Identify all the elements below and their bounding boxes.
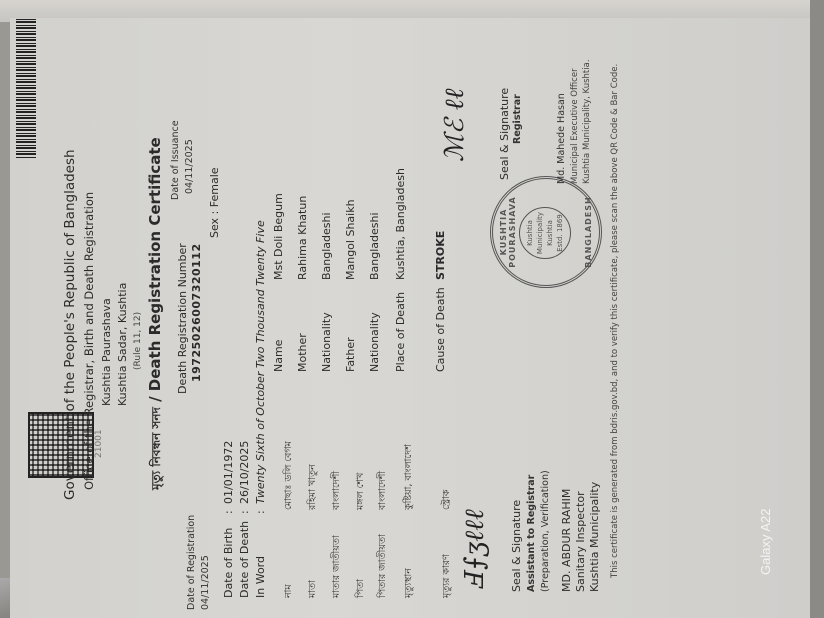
registrar-org: Kushtia Municipality, Kushtia.: [582, 59, 592, 184]
dob-value: 01/01/1972: [222, 441, 235, 504]
en-value-mother: Rahima Khatun: [296, 196, 309, 280]
office-heading: Office of the Registrar, Birth and Death…: [82, 192, 96, 490]
title-english: Death Registration Certificate: [146, 137, 164, 391]
colon: :: [238, 510, 251, 514]
municipality-seal-stamp: KUSHTIA POURASHAVA Kushtia Municipality …: [490, 176, 602, 288]
registrar-role: Registrar: [512, 94, 523, 144]
assistant-name: MD. ABDUR RAHIM: [560, 489, 573, 592]
en-label-mother: Mother: [296, 333, 309, 372]
registration-number-value: 19725026007320112: [190, 243, 203, 382]
title-separator: /: [146, 391, 164, 407]
date-of-issuance-value: 04/11/2025: [184, 139, 195, 194]
en-label-mother-nationality: Nationality: [320, 312, 333, 372]
bn-label-father: পিতা: [354, 579, 369, 598]
en-label-father: Father: [344, 337, 357, 372]
bn-value-place-of-death: কুষ্টিয়া, বাংলাদেশ: [402, 444, 417, 510]
registrar-seal-label: Seal & Signature: [498, 88, 511, 180]
colon: :: [254, 510, 267, 514]
en-label-name: Name: [272, 340, 285, 372]
verification-footer: This certificate is generated from bdris…: [610, 64, 620, 578]
bn-label-mother: মাতা: [306, 580, 321, 598]
bn-value-cause-of-death: স্ট্রোক: [440, 490, 455, 510]
bn-label-cause-of-death: মৃত্যুর কারণ: [440, 554, 455, 598]
stamp-line1: Kushtia Municipality: [525, 208, 545, 258]
in-word-value: Twenty Sixth of October Two Thousand Twe…: [254, 220, 267, 504]
stamp-center: Kushtia Municipality Kushtia Estd. 1869: [519, 207, 571, 259]
assistant-role-note: (Preparation, Verification): [540, 470, 551, 592]
assistant-signature: Ⅎ⨍ʒℓℓℓ: [460, 509, 490, 588]
bn-label-mother-nationality: মাতার জাতীয়তা: [330, 535, 345, 598]
certificate-title: মৃত্যু নিবন্ধন সনদ / Death Registration …: [146, 137, 168, 490]
bn-value-name: মোছাঃ ডলি বেগম: [282, 441, 297, 510]
stamp-ring-top: KUSHTIA POURASHAVA: [499, 179, 517, 285]
background-surface: [810, 0, 824, 618]
registrar-signature: ℳℰ ℓℓ: [440, 89, 470, 162]
stamp-line3: Estd. 1869: [555, 208, 565, 258]
en-label-place-of-death: Place of Death: [394, 292, 407, 372]
bn-value-father-nationality: বাংলাদেশী: [376, 471, 391, 510]
dob-label: Date of Birth: [222, 528, 235, 598]
en-label-cause-of-death: Cause of Death: [434, 287, 447, 372]
bn-value-father: মঙ্গল শেখ: [354, 473, 369, 510]
government-heading: Government of the People's Republic of B…: [62, 149, 78, 500]
date-of-registration-value: 04/11/2025: [200, 555, 211, 610]
certificate-sheet: 21001 Government of the People's Republi…: [10, 18, 650, 618]
bn-label-name: নাম: [282, 584, 297, 598]
en-value-cause-of-death: STROKE: [434, 231, 447, 280]
registrar-name: Md. Mahede Hasan: [556, 93, 567, 184]
date-of-issuance-label: Date of Issuance: [170, 120, 181, 200]
en-value-father-nationality: Bangladeshi: [368, 212, 381, 280]
registration-number-label: Death Registration Number: [176, 243, 189, 394]
sex-value: Sex : Female: [208, 167, 221, 238]
registrar-title: Municipal Executive Officer: [570, 68, 580, 184]
en-value-name: Mst Doli Begum: [272, 193, 285, 280]
en-value-father: Mangol Shaikh: [344, 199, 357, 280]
assistant-org: Kushtia Municipality: [588, 482, 601, 592]
assistant-title: Sanitary Inspector: [574, 491, 587, 592]
assistant-seal-label: Seal & Signature: [510, 500, 523, 592]
dod-value: 26/10/2025: [238, 441, 251, 504]
en-value-mother-nationality: Bangladeshi: [320, 212, 333, 280]
bn-label-place-of-death: মৃত্যুস্থান: [402, 568, 417, 598]
location-heading: Kushtia Sadar, Kushtia: [116, 283, 129, 406]
municipality-heading: Kushtia Paurashava: [100, 298, 113, 406]
bn-value-mother: রহিমা খাতুন: [306, 464, 321, 510]
dod-label: Date of Death: [238, 521, 251, 598]
barcode-icon: [16, 18, 36, 158]
rule-reference: (Rule 11, 12): [133, 312, 143, 370]
stamp-ring-bottom: BANGLADESH: [584, 179, 593, 285]
en-value-place-of-death: Kushtia, Bangladesh: [394, 168, 407, 280]
camera-watermark-text: Galaxy A22: [758, 509, 773, 576]
bn-label-father-nationality: পিতার জাতীয়তা: [376, 534, 391, 598]
in-word-label: In Word: [254, 556, 267, 598]
colon: :: [222, 510, 235, 514]
assistant-role: Assistant to Registrar: [526, 475, 537, 592]
certificate-paper: 21001 Government of the People's Republi…: [10, 18, 810, 618]
en-label-father-nationality: Nationality: [368, 312, 381, 372]
stamp-line2: Kushtia: [545, 208, 555, 258]
title-bengali: মৃত্যু নিবন্ধন সনদ: [149, 407, 163, 490]
bn-value-mother-nationality: বাংলাদেশী: [330, 471, 345, 510]
date-of-registration-label: Date of Registration: [186, 515, 197, 610]
